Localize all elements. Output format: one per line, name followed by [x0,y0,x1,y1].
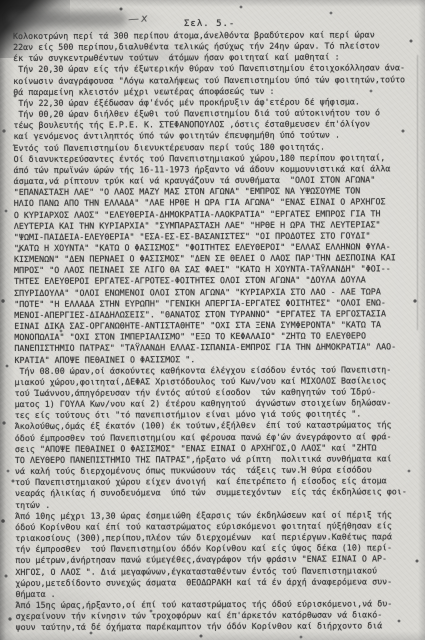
typewritten-text-body: Κολοκοτρώνη περί τά 300 περίπου άτομα,άν… [13,29,420,633]
ink-smudge [8,12,126,26]
page-number-label: Σελ. 5.- [184,19,235,29]
handwritten-x-mark: —x [128,11,150,25]
paper-speckles [0,0,2,2]
scanned-document-page: —x Σελ. 5.- Κολοκοτρώνη περί τά 300 περί… [0,0,425,640]
